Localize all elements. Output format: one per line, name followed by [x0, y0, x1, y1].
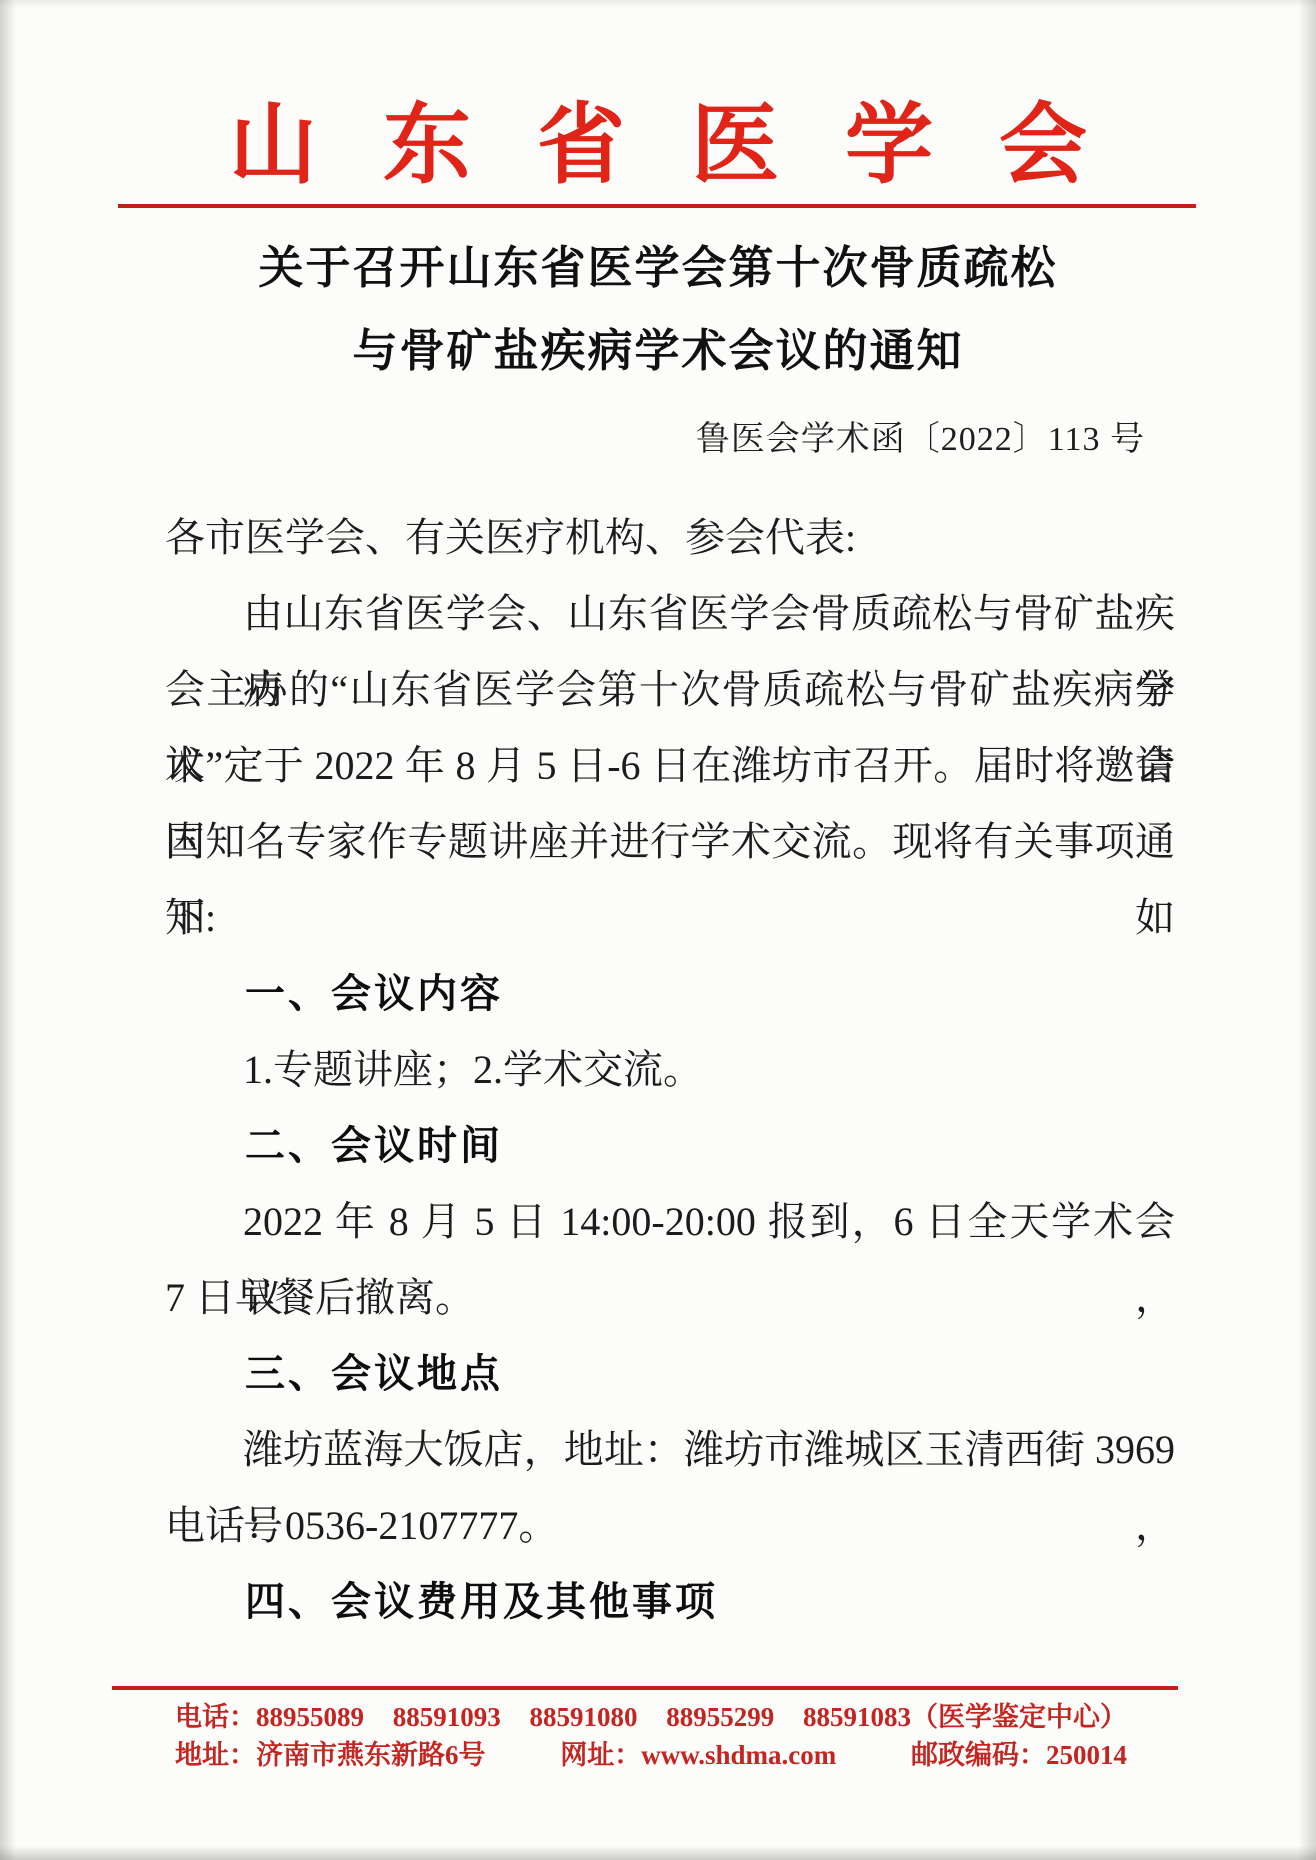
footer-item: 地址：济南市燕东新路6号	[175, 1736, 486, 1774]
footer-item: 88955299	[666, 1698, 774, 1736]
footer-item: 邮政编码：250014	[911, 1736, 1127, 1774]
doc-title-line2: 与骨矿盐疾病学术会议的通知	[0, 309, 1316, 392]
footer: 电话：8895508988591093885910808895529988591…	[175, 1698, 1127, 1774]
doc-reference-number: 鲁医会学术函〔2022〕113 号	[696, 420, 1145, 460]
body-line: 由山东省医学会、山东省医学会骨质疏松与骨矿盐疾病分	[165, 576, 1175, 652]
scan-edge-shadow-bottom	[0, 1846, 1316, 1860]
body-line: 各市医学会、有关医疗机构、参会代表:	[165, 500, 1175, 576]
doc-title: 关于召开山东省医学会第十次骨质疏松 与骨矿盐疾病学术会议的通知	[0, 226, 1316, 392]
letterhead-rule	[118, 204, 1196, 208]
body-line: 潍坊蓝海大饭店，地址：潍坊市潍城区玉清西街 3969 号，	[165, 1412, 1175, 1488]
footer-item: 88591080	[530, 1698, 638, 1736]
footer-rule	[112, 1686, 1178, 1690]
document-page: 山东省医学会 关于召开山东省医学会第十次骨质疏松 与骨矿盐疾病学术会议的通知 鲁…	[0, 0, 1316, 1860]
body-line: 2022 年 8 月 5 日 14:00-20:00 报到，6 日全天学术会议，	[165, 1184, 1175, 1260]
scan-edge-shadow-top	[0, 0, 1316, 8]
section-heading: 三、会议地点	[165, 1336, 1175, 1412]
section-heading: 一、会议内容	[165, 956, 1175, 1032]
section-heading: 四、会议费用及其他事项	[165, 1564, 1175, 1640]
body-line: 会主办的“山东省医学会第十次骨质疏松与骨矿盐疾病学术会	[165, 652, 1175, 728]
footer-item: 网址：www.shdma.com	[560, 1736, 836, 1774]
body-line: 1.专题讲座；2.学术交流。	[165, 1032, 1175, 1108]
section-heading: 二、会议时间	[165, 1108, 1175, 1184]
doc-title-line1: 关于召开山东省医学会第十次骨质疏松	[0, 226, 1316, 309]
footer-row: 电话：8895508988591093885910808895529988591…	[175, 1698, 1127, 1736]
body-line: 议”定于 2022 年 8 月 5 日-6 日在潍坊市召开。届时将邀请国	[165, 728, 1175, 804]
body-lines: 各市医学会、有关医疗机构、参会代表:由山东省医学会、山东省医学会骨质疏松与骨矿盐…	[165, 500, 1175, 1640]
body-line: 内知名专家作专题讲座并进行学术交流。现将有关事项通知如	[165, 804, 1175, 880]
org-letterhead-title: 山东省医学会	[0, 100, 1316, 193]
footer-row: 地址：济南市燕东新路6号网址：www.shdma.com邮政编码：250014	[175, 1736, 1127, 1774]
footer-item: 88591093	[393, 1698, 501, 1736]
footer-item: 电话：88955089	[175, 1698, 364, 1736]
footer-item: 88591083（医学鉴定中心）	[803, 1698, 1127, 1736]
